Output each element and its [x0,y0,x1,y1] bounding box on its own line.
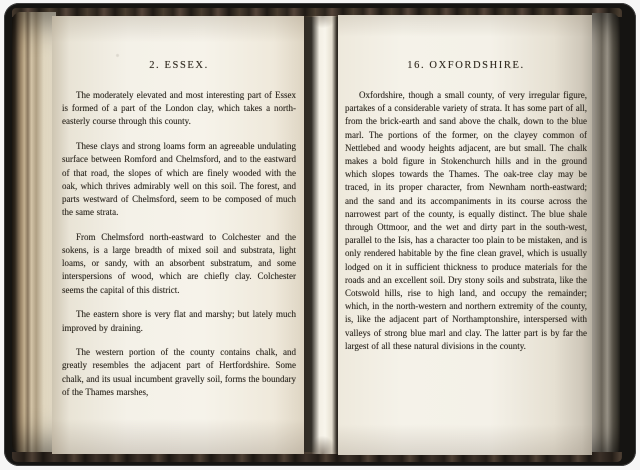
left-page-text: 2. ESSEX. The moderately elevated and mo… [62,60,296,399]
left-page-stack-edge [12,12,56,453]
right-fore-edge [592,13,620,456]
right-page-paragraph: Oxfordshire, though a small county, of v… [345,89,587,353]
book-gutter [304,16,338,454]
left-page-paragraph: The moderately elevated and most interes… [62,89,296,129]
right-page-header: 16. OXFORDSHIRE. [345,60,587,72]
left-page-paragraph: The western portion of the county contai… [62,346,296,399]
left-page-paragraph: These clays and strong loams form an agr… [62,140,296,219]
right-page-text: 16. OXFORDSHIRE. Oxfordshire, though a s… [345,60,587,353]
book-viewer-frame: 2. ESSEX. The moderately elevated and mo… [4,3,636,466]
left-page-paragraph: From Chelmsford north-eastward to Colche… [62,231,296,297]
viewer-background: { "window": { "frame_color": "#f6f6f6", … [0,0,640,470]
left-page-paragraph: The eastern shore is very flat and marsh… [62,308,296,334]
left-page-header: 2. ESSEX. [62,60,296,72]
